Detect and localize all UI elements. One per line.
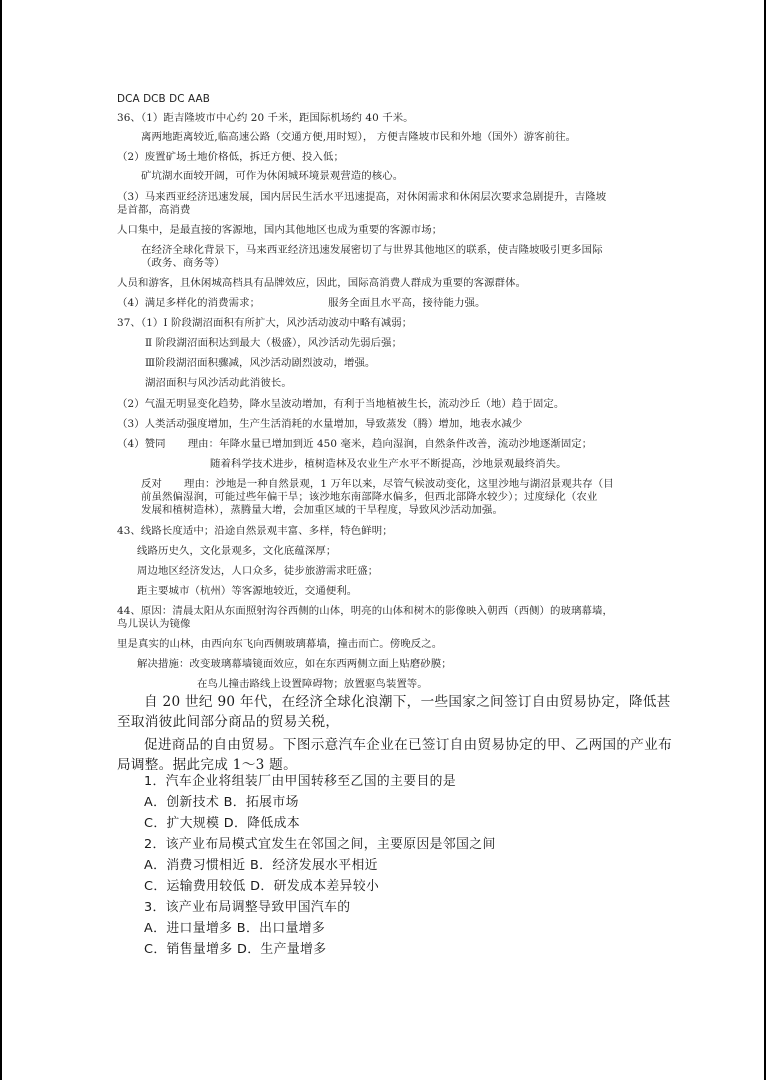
passage-line4: 局调整。据此完成 1～3 题。 xyxy=(117,755,297,775)
q36-part1-line2: 离两地距离较近,临高速公路（交通方便,用时短）， 方便吉隆坡市民和外地（国外）游… xyxy=(141,131,576,144)
q37-part4-line2: 随着科学技术进步，植树造林及农业生产水平不断提高，沙地景观最终消失。 xyxy=(210,458,567,471)
q36-part3-line5: （政务、商务等） xyxy=(141,257,225,270)
question-3-options-cd: C．销售量增多 D．生产量增多 xyxy=(144,941,326,959)
answer-key: DCA DCB DC AAB xyxy=(117,93,210,106)
q36-part2-line2: 矿坑湖水面较开阔，可作为休闲城环境景观营造的核心。 xyxy=(141,170,403,183)
q36-part3-line3: 人口集中，是最直接的客源地，国内其他地区也成为重要的客源市场； xyxy=(117,224,442,237)
q36-part3-line2: 是首都，高消费 xyxy=(117,204,190,217)
q36-part3-line6: 人员和游客，且休闲城高档具有品牌效应，因此，国际高消费人群成为重要的客源群体。 xyxy=(117,277,526,290)
passage-line3: 促进商品的自由贸易。下图示意汽车企业在已签订自由贸易协定的甲、乙两国的产业布 xyxy=(144,735,672,755)
q43-line1: 43、线路长度适中；沿途自然景观丰富、多样，特色鲜明； xyxy=(117,525,393,538)
q43-line2: 线路历史久，文化景观多，文化底蕴深厚； xyxy=(137,545,336,558)
q36-part4-a: （4）满足多样化的消费需求； xyxy=(117,297,260,309)
question-2-options-cd: C．运输费用较低 D．研发成本差异较小 xyxy=(144,878,379,896)
q37-part1-line3: Ⅲ阶段湖沼面积骤减，风沙活动剧烈波动，增强。 xyxy=(145,357,375,370)
q43-line4: 距主要城市（杭州）等客源地较近，交通便利。 xyxy=(137,585,357,598)
q37-oppose-line2: 前虽然偏湿润，可能过些年偏干旱；该沙地东南部降水偏多，但西北部降水较少）；过度绿… xyxy=(141,491,597,504)
passage-line2: 至取消彼此间部分商品的贸易关税， xyxy=(117,712,339,732)
q37-agree-reason: 理由：年降水量已增加到近 450 毫米，趋向湿润，自然条件改善，流动沙地逐渐固定… xyxy=(188,438,593,450)
question-1-stem: 1．汽车企业将组装厂由甲国转移至乙国的主要目的是 xyxy=(144,773,456,791)
question-1-options-cd: C．扩大规模 D．降低成本 xyxy=(144,815,300,833)
q36-part1-line1: 36、（1）距吉隆坡市中心约 20 千米，距国际机场约 40 千米。 xyxy=(117,112,414,125)
q44-solution-line2: 在鸟儿撞击路线上设置障碍物；放置驱鸟装置等。 xyxy=(197,678,428,691)
q37-part1-line4: 湖沼面积与风沙活动此消彼长。 xyxy=(145,377,292,390)
q37-part3: （3）人类活动强度增加，生产生活消耗的水量增加，导致蒸发（腾）增加，地表水减少 xyxy=(117,418,522,431)
q43-line3: 周边地区经济发达，人口众多，徒步旅游需求旺盛； xyxy=(137,565,378,578)
q36-part4: （4）满足多样化的消费需求；服务全面且水平高，接待能力强。 xyxy=(117,297,485,310)
q37-part4-line1: （4）赞同理由：年降水量已增加到近 450 毫米，趋向湿润，自然条件改善，流动沙… xyxy=(117,438,592,451)
question-2-stem: 2．该产业布局模式宜发生在邻国之间，主要原因是邻国之间 xyxy=(144,836,496,854)
q44-line2: 鸟儿误认为镜像 xyxy=(117,618,190,631)
question-3-stem: 3．该产业布局调整导致甲国汽车的 xyxy=(144,899,351,917)
q37-part1-line1: 37、（1）Ⅰ 阶段湖沼面积有所扩大，风沙活动波动中略有减弱； xyxy=(117,317,412,330)
q36-part3-line1: （3）马来西亚经济迅速发展，国内居民生活水平迅速提高，对休闲需求和休闲层次要求急… xyxy=(117,191,606,204)
q37-part2: （2）气温无明显变化趋势，降水呈波动增加，有利于当地植被生长，流动沙丘（地）趋于… xyxy=(117,398,564,411)
q37-part1-line2: Ⅱ 阶段湖沼面积达到最大（极盛），风沙活动先弱后强； xyxy=(145,337,402,350)
q36-part4-b: 服务全面且水平高，接待能力强。 xyxy=(328,297,485,309)
q44-solution-line1: 解决措施：改变玻璃幕墙镜面效应，如在东西两侧立面上贴磨砂膜； xyxy=(137,658,452,671)
question-1-options-ab: A．创新技术 B．拓展市场 xyxy=(144,794,299,812)
q37-oppose-reason: 理由：沙地是一种自然景观，1 万年以来，尽管气候波动变化，这里沙地与湖沼景观共存… xyxy=(184,478,614,490)
question-2-options-ab: A．消费习惯相近 B．经济发展水平相近 xyxy=(144,857,378,875)
page-border-left xyxy=(0,0,2,1080)
q37-oppose-line3: 发展和植树造林），蒸腾量大增，会加重区域的干旱程度，导致风沙活动加强。 xyxy=(141,504,503,517)
q44-line1: 44、原因：清晨太阳从东面照射沟谷西侧的山体，明亮的山体和树木的影像映入朝西（西… xyxy=(117,605,613,618)
q37-oppose-line1: 反对理由：沙地是一种自然景观，1 万年以来，尽管气候波动变化，这里沙地与湖沼景观… xyxy=(141,478,614,491)
question-3-options-ab: A．进口量增多 B．出口量增多 xyxy=(144,920,325,938)
q37-agree-label: （4）赞同 xyxy=(117,438,166,450)
q37-oppose-label: 反对 xyxy=(141,478,162,490)
q36-part2-line1: （2）废置矿场土地价格低，拆迁方便、投入低； xyxy=(117,151,344,164)
q36-part3-line4: 在经济全球化背景下，马来西亚经济迅速发展密切了与世界其他地区的联系，使吉隆坡吸引… xyxy=(141,244,603,257)
q44-line3: 里是真实的山林，由西向东飞向西侧玻璃幕墙，撞击而亡。傍晚反之。 xyxy=(117,638,442,651)
passage-line1: 自 20 世纪 90 年代，在经济全球化浪潮下，一些国家之间签订自由贸易协定，降… xyxy=(144,692,671,712)
